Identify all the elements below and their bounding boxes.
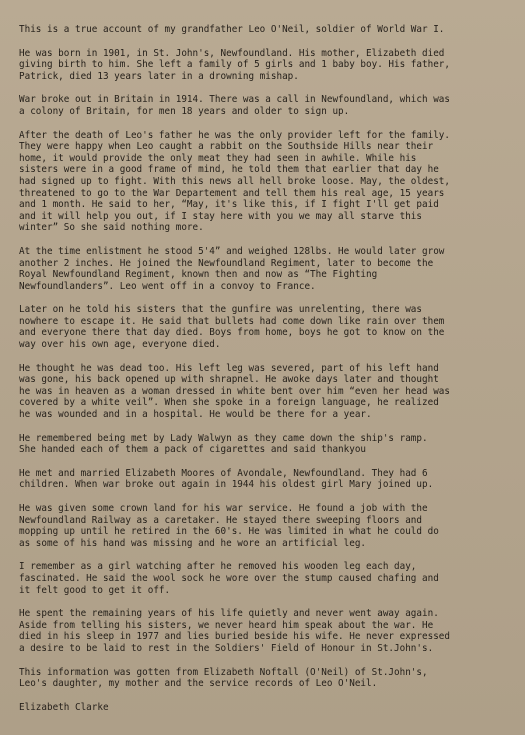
document-body: This is a true account of my grandfather…	[19, 24, 515, 690]
text-line: winter” So she said nothing more.	[19, 222, 515, 234]
paragraph-sources: This information was gotten from Elizabe…	[19, 667, 515, 690]
text-line: sisters were in a good frame of mind, he…	[19, 164, 515, 176]
text-line: children. When war broke out again in 19…	[19, 479, 515, 491]
text-line: Patrick, died 13 years later in a drowni…	[19, 71, 515, 83]
text-line: Royal Newfoundland Regiment, known then …	[19, 269, 515, 281]
text-line: Newfoundlanders”. Leo went off in a conv…	[19, 281, 515, 293]
text-line: threatened to go to the War Departement …	[19, 188, 515, 200]
paragraph-war-outbreak: War broke out in Britain in 1914. There …	[19, 94, 515, 117]
text-line: Leo's daughter, my mother and the servic…	[19, 678, 515, 690]
text-line: and 1 month. He said to her, “May, it's …	[19, 199, 515, 211]
text-line: was gone, his back opened up with shrapn…	[19, 374, 515, 386]
text-line: I remember as a girl watching after he r…	[19, 561, 515, 573]
text-line: This information was gotten from Elizabe…	[19, 667, 515, 679]
text-line: He was given some crown land for his war…	[19, 503, 515, 515]
text-line: War broke out in Britain in 1914. There …	[19, 94, 515, 106]
text-line: They were happy when Leo caught a rabbit…	[19, 141, 515, 153]
paragraph-later-life: He spent the remaining years of his life…	[19, 608, 515, 654]
text-line: He was born in 1901, in St. John's, Newf…	[19, 48, 515, 60]
text-line: way over his own age, everyone died.	[19, 339, 515, 351]
text-line: He thought he was dead too. His left leg…	[19, 363, 515, 375]
text-line: mopping up until he retired in the 60's.…	[19, 526, 515, 538]
text-line: he was in heaven as a woman dressed in w…	[19, 386, 515, 398]
text-line: and it will help you out, if I stay here…	[19, 211, 515, 223]
text-line: Newfoundland Railway as a caretaker. He …	[19, 515, 515, 527]
text-line: He spent the remaining years of his life…	[19, 608, 515, 620]
text-line: he was wounded and in a hospital. He wou…	[19, 409, 515, 421]
text-line: as some of his hand was missing and he w…	[19, 538, 515, 550]
paragraph-birth: He was born in 1901, in St. John's, Newf…	[19, 48, 515, 83]
text-line: fascinated. He said the wool sock he wor…	[19, 573, 515, 585]
text-line: died in his sleep in 1977 and lies burie…	[19, 631, 515, 643]
text-line: and everyone there that day died. Boys f…	[19, 327, 515, 339]
paragraph-enlisting: After the death of Leo's father he was t…	[19, 130, 515, 234]
text-line: He remembered being met by Lady Walwyn a…	[19, 433, 515, 445]
paragraph-railway: He was given some crown land for his war…	[19, 503, 515, 549]
paragraph-intro: This is a true account of my grandfather…	[19, 24, 515, 36]
text-line: Aside from telling his sisters, we never…	[19, 620, 515, 632]
text-line: it felt good to get it off.	[19, 585, 515, 597]
text-line: At the time enlistment he stood 5'4” and…	[19, 246, 515, 258]
signature: Elizabeth Clarke	[19, 702, 515, 714]
text-line: home, it would provide the only meat the…	[19, 153, 515, 165]
text-line: giving birth to him. She left a family o…	[19, 59, 515, 71]
text-line: He met and married Elizabeth Moores of A…	[19, 468, 515, 480]
text-line: This is a true account of my grandfather…	[19, 24, 515, 36]
paragraph-regiment: At the time enlistment he stood 5'4” and…	[19, 246, 515, 292]
paragraph-gunfire: Later on he told his sisters that the gu…	[19, 304, 515, 350]
text-line: a desire to be laid to rest in the Soldi…	[19, 643, 515, 655]
text-line: nowhere to escape it. He said that bulle…	[19, 316, 515, 328]
paragraph-wounded: He thought he was dead too. His left leg…	[19, 363, 515, 421]
text-line: had signed up to fight. With this news a…	[19, 176, 515, 188]
paragraph-marriage: He met and married Elizabeth Moores of A…	[19, 468, 515, 491]
typed-document: This is a true account of my grandfather…	[0, 0, 525, 735]
paragraph-wooden-leg: I remember as a girl watching after he r…	[19, 561, 515, 596]
text-line: another 2 inches. He joined the Newfound…	[19, 258, 515, 270]
paragraph-lady-walwyn: He remembered being met by Lady Walwyn a…	[19, 433, 515, 456]
text-line: She handed each of them a pack of cigare…	[19, 444, 515, 456]
text-line: After the death of Leo's father he was t…	[19, 130, 515, 142]
text-line: a colony of Britain, for men 18 years an…	[19, 106, 515, 118]
text-line: Later on he told his sisters that the gu…	[19, 304, 515, 316]
text-line: covered by a white veil”. When she spoke…	[19, 397, 515, 409]
